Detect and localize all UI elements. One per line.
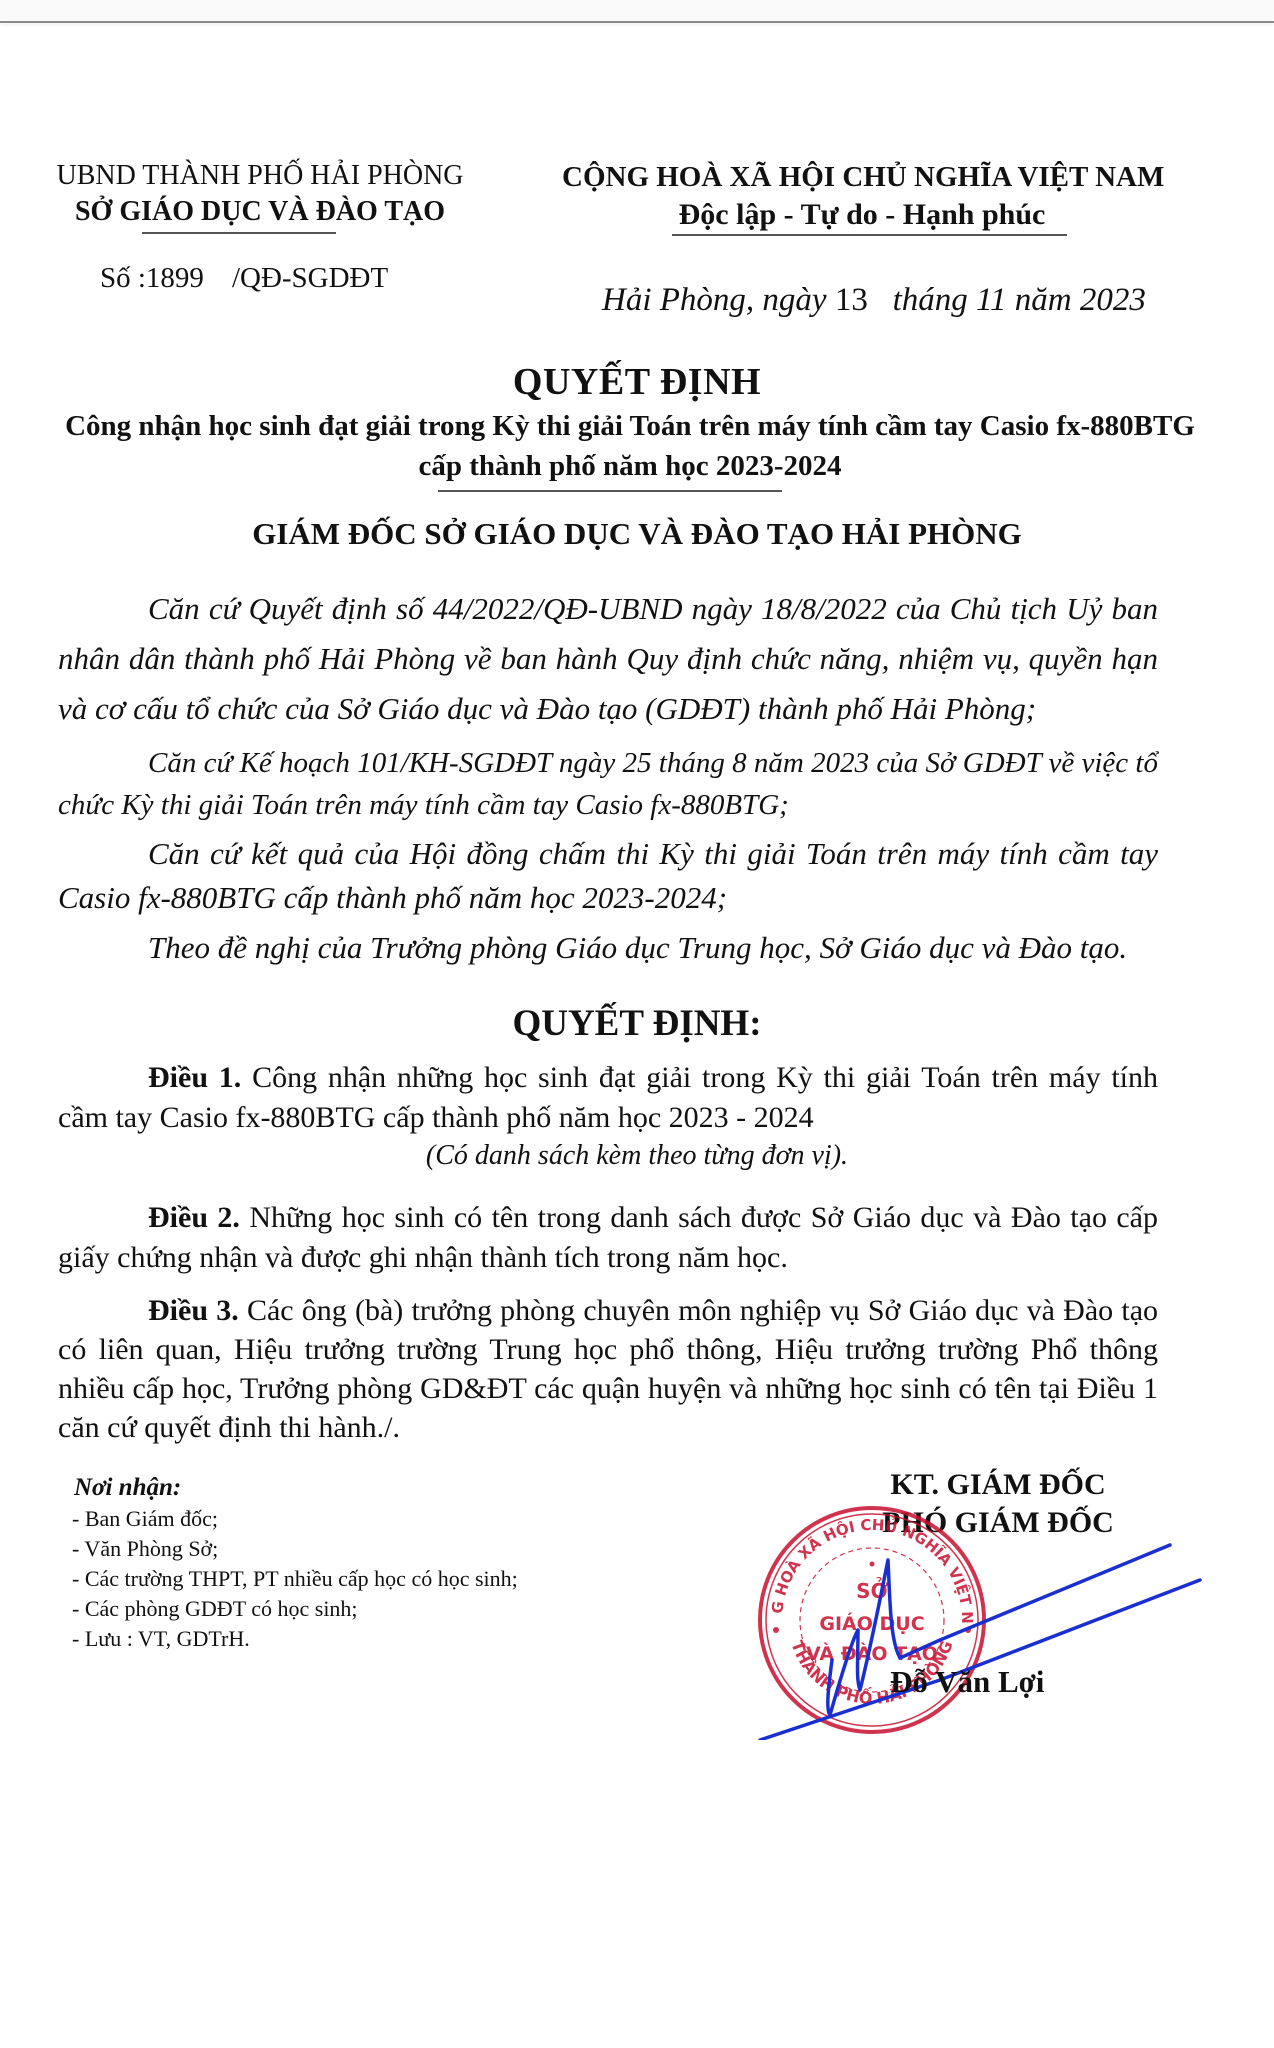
article-label: Điều 3.	[148, 1294, 239, 1327]
decision-heading: QUYẾT ĐỊNH:	[0, 1002, 1274, 1045]
preamble-paragraph: Theo đề nghị của Trưởng phòng Giáo dục T…	[58, 930, 1158, 966]
document-title: QUYẾT ĐỊNH	[0, 360, 1274, 404]
article-label: Điều 1.	[148, 1061, 241, 1094]
department-name: SỞ GIÁO DỤC VÀ ĐÀO TẠO	[30, 194, 490, 230]
recipient-item: - Văn Phòng Sở;	[72, 1534, 518, 1564]
subtitle-underline	[438, 490, 782, 492]
recipient-item: - Các trường THPT, PT nhiều cấp học có h…	[72, 1564, 518, 1594]
handwritten-signature-icon	[740, 1540, 1210, 1740]
article-1-note: (Có danh sách kèm theo từng đơn vị).	[0, 1140, 1274, 1172]
motto-underline	[672, 234, 1067, 236]
national-motto: Độc lập - Tự do - Hạnh phúc	[562, 196, 1162, 234]
recipients-title: Nơi nhận:	[74, 1474, 181, 1502]
preamble-paragraph: Căn cứ Kế hoạch 101/KH-SGDĐT ngày 25 thá…	[58, 742, 1158, 826]
doc-number-value: Số :1899	[100, 262, 204, 294]
recipient-item: - Lưu : VT, GDTrH.	[72, 1624, 518, 1654]
issuing-authority-block: UBND THÀNH PHỐ HẢI PHÒNG SỞ GIÁO DỤC VÀ …	[30, 158, 490, 230]
issue-date: Hải Phòng, ngày 13 tháng 11 năm 2023	[602, 282, 1146, 319]
article-2: Điều 2. Những học sinh có tên trong danh…	[58, 1198, 1158, 1278]
recipient-item: - Ban Giám đốc;	[72, 1504, 518, 1534]
document-number: Số :1899/QĐ-SGDĐT	[100, 262, 388, 295]
recipients-list: - Ban Giám đốc; - Văn Phòng Sở; - Các tr…	[72, 1504, 518, 1654]
date-day: 13	[835, 282, 868, 318]
document-subtitle: Công nhận học sinh đạt giải trong Kỳ thi…	[40, 406, 1220, 486]
nation-name: CỘNG HOÀ XÃ HỘI CHỦ NGHĨA VIỆT NAM	[562, 158, 1162, 196]
viewer-top-bar	[0, 0, 1274, 20]
viewer-divider	[0, 21, 1274, 23]
department-underline	[142, 232, 336, 234]
issuer-title: GIÁM ĐỐC SỞ GIÁO DỤC VÀ ĐÀO TẠO HẢI PHÒN…	[0, 516, 1274, 552]
date-place: Hải Phòng, ngày	[602, 282, 827, 318]
article-label: Điều 2.	[148, 1201, 240, 1234]
article-1: Điều 1. Công nhận những học sinh đạt giả…	[58, 1058, 1158, 1138]
national-header-block: CỘNG HOÀ XÃ HỘI CHỦ NGHĨA VIỆT NAM Độc l…	[562, 158, 1162, 234]
article-3: Điều 3. Các ông (bà) trưởng phòng chuyên…	[58, 1291, 1158, 1447]
doc-number-code: /QĐ-SGDĐT	[232, 262, 388, 294]
preamble-paragraph: Căn cứ Quyết định số 44/2022/QĐ-UBND ngà…	[58, 584, 1158, 734]
preamble-paragraph: Căn cứ kết quả của Hội đồng chấm thi Kỳ …	[58, 832, 1158, 920]
signer-name: Đỗ Văn Lợi	[890, 1664, 1044, 1700]
signer-role-line1: KT. GIÁM ĐỐC	[848, 1466, 1148, 1504]
recipient-item: - Các phòng GDĐT có học sinh;	[72, 1594, 518, 1624]
date-month-year: tháng 11 năm 2023	[893, 282, 1146, 318]
authority-name: UBND THÀNH PHỐ HẢI PHÒNG	[30, 158, 490, 194]
